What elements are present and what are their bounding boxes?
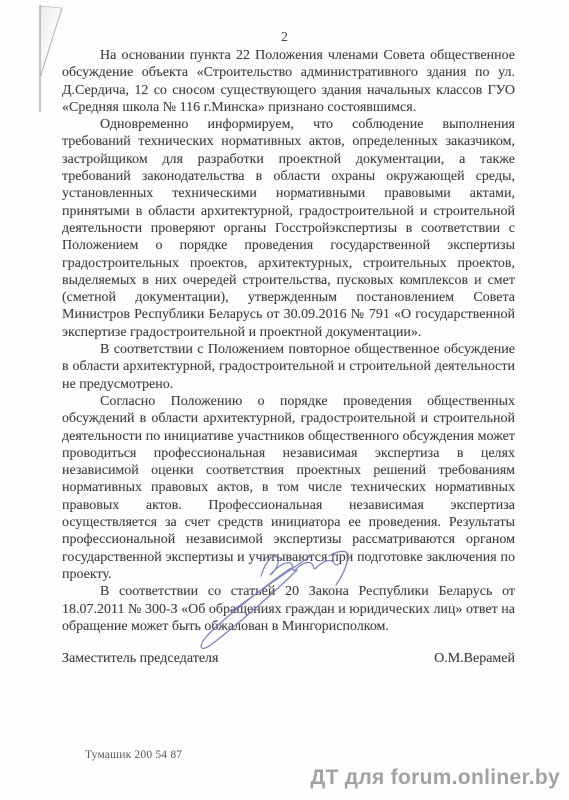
signer-name: О.М.Верамей — [434, 650, 515, 667]
paragraph-appeal-right: В соответствии со статьей 20 Закона Респ… — [62, 583, 515, 635]
letter-body: На основании пункта 22 Положения членами… — [62, 47, 515, 667]
page-number: 2 — [0, 30, 569, 46]
paragraph-repeat-discussion: В соответствии с Положением повторное об… — [62, 341, 515, 393]
paragraph-expertise-info: Одновременно информируем, что соблюдение… — [62, 116, 515, 341]
forum-watermark: ДТ для forum.onliner.by — [310, 766, 560, 790]
paragraph-independent-expertise: Согласно Положению о порядке проведения … — [62, 393, 515, 583]
executor-contact: Тумашик 200 54 87 — [85, 749, 182, 761]
paragraph-discussion-result: На основании пункта 22 Положения членами… — [62, 47, 515, 116]
scanned-document-page: 2 На основании пункта 22 Положения члена… — [0, 0, 569, 800]
signature-block: Заместитель председателя О.М.Верамей — [62, 650, 515, 667]
signer-position: Заместитель председателя — [62, 650, 218, 667]
